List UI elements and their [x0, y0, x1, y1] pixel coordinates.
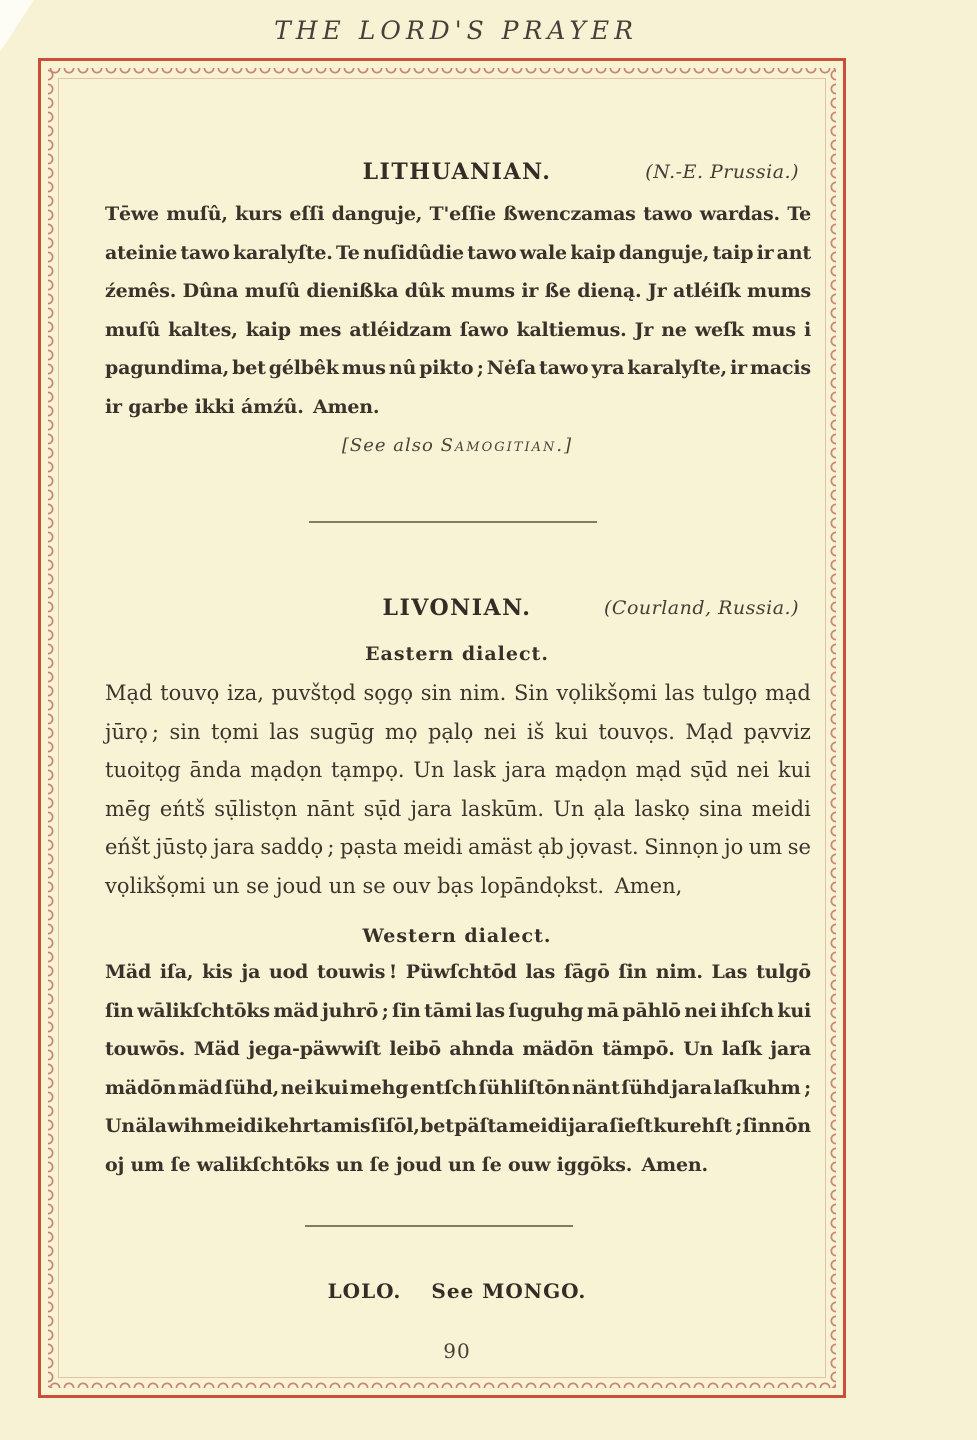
note-reference: Samogitian.: [441, 435, 565, 456]
text-line: muſûkaltes,kaipmesatléidzamſawokaltiemus…: [105, 319, 811, 358]
text-line: Unälawihmeidikehrtamisſiſōl,betpäſtameid…: [105, 1115, 811, 1154]
eastern-dialect-subheading: Eastern dialect.: [101, 643, 813, 665]
frame-scallop-right: [825, 68, 836, 1388]
page-number: 90: [101, 1339, 813, 1363]
section-divider-rule: [309, 521, 597, 523]
cross-reference-line: LOLO.See MONGO.: [101, 1279, 813, 1303]
text-line: touwōs.Mädjega-päwwiſtleibōahndamädōntäm…: [105, 1038, 811, 1077]
text-line: tuoitọgāndamạdọntạmpọ.Unlaskjaramạdọnmạd…: [105, 758, 811, 797]
section-lithuanian-heading-row: LITHUANIAN. (N.-E. Prussia.): [101, 159, 813, 185]
section-livonian-heading-row: LIVONIAN. (Courland, Russia.): [101, 595, 813, 621]
text-line: Mạdtouvọiza,puvštọdsọgọsinnim.Sinvọlikšọ…: [105, 681, 811, 720]
text-line: Mädiſa,kisjauodtouwis !Püwſchtōdlasſāgōſ…: [105, 961, 811, 1000]
lithuanian-region-label: (N.-E. Prussia.): [645, 161, 799, 183]
running-title: THE LORD'S PRAYER: [0, 16, 912, 45]
text-line: ſinwālikſchtōksmädjuhrō ;ſintāmilasſuguh…: [105, 1000, 811, 1039]
text-line: mēgeńtšsụ̄listọnnāntsụ̄djaralaskūm.Unạla…: [105, 797, 811, 836]
frame-scallop-top: [48, 68, 836, 79]
section-divider-rule: [305, 1225, 573, 1227]
cross-reference-see: See MONGO.: [431, 1279, 586, 1303]
text-line: źemês.Dûnamuſûdienißkadûkmumsirßedieną.J…: [105, 280, 811, 319]
note-prefix: [See also: [342, 435, 441, 456]
see-also-note: [See also Samogitian.]: [101, 435, 813, 456]
text-line: pagundima,betgélbêkmusnûpikto ;Nėſatawoy…: [105, 357, 811, 396]
frame-scallop-left: [48, 68, 59, 1388]
text-line: jūrọ ;sintọmilassugūgmọpạlọneiiškuitouvọ…: [105, 720, 811, 759]
livonian-region-label: (Courland, Russia.): [604, 597, 799, 619]
text-line: ateinietawokaralyſte.Tenuſidûdietawowale…: [105, 242, 811, 281]
lithuanian-prayer-text: Tēwemuſû,kurseſſidanguje,T'eſſießwenczam…: [105, 203, 811, 434]
scanned-book-page: { "page": { "running_title": "THE LORD'S…: [0, 0, 977, 1440]
note-suffix: ]: [564, 435, 572, 456]
western-dialect-subheading: Western dialect.: [101, 925, 813, 947]
text-line: ir garbe ikki ámźû. Amen.: [105, 396, 811, 435]
livonian-heading: LIVONIAN.: [383, 595, 532, 621]
lithuanian-heading: LITHUANIAN.: [363, 159, 552, 185]
decorative-page-frame: LITHUANIAN. (N.-E. Prussia.) Tēwemuſû,ku…: [38, 58, 846, 1398]
livonian-western-prayer-text: Mädiſa,kisjauodtouwis !Püwſchtōdlasſāgōſ…: [105, 961, 811, 1192]
livonian-eastern-prayer-text: Mạdtouvọiza,puvštọdsọgọsinnim.Sinvọlikšọ…: [105, 681, 811, 912]
text-line: mädōnmädſühd,neikuimehgentſchſühliſtōnnä…: [105, 1077, 811, 1116]
text-line: Tēwemuſû,kurseſſidanguje,T'eſſießwenczam…: [105, 203, 811, 242]
cross-reference-term: LOLO.: [328, 1279, 402, 1303]
text-line: vọlikšọmi un se joud un se ouv bạs lopān…: [105, 874, 811, 913]
frame-scallop-bottom: [48, 1377, 836, 1388]
text-line: oj um ſe walikſchtōks un ſe joud un ſe o…: [105, 1154, 811, 1193]
text-line: eńštjūstọjarasaddọ ;pạstameidiamästạbjọv…: [105, 835, 811, 874]
